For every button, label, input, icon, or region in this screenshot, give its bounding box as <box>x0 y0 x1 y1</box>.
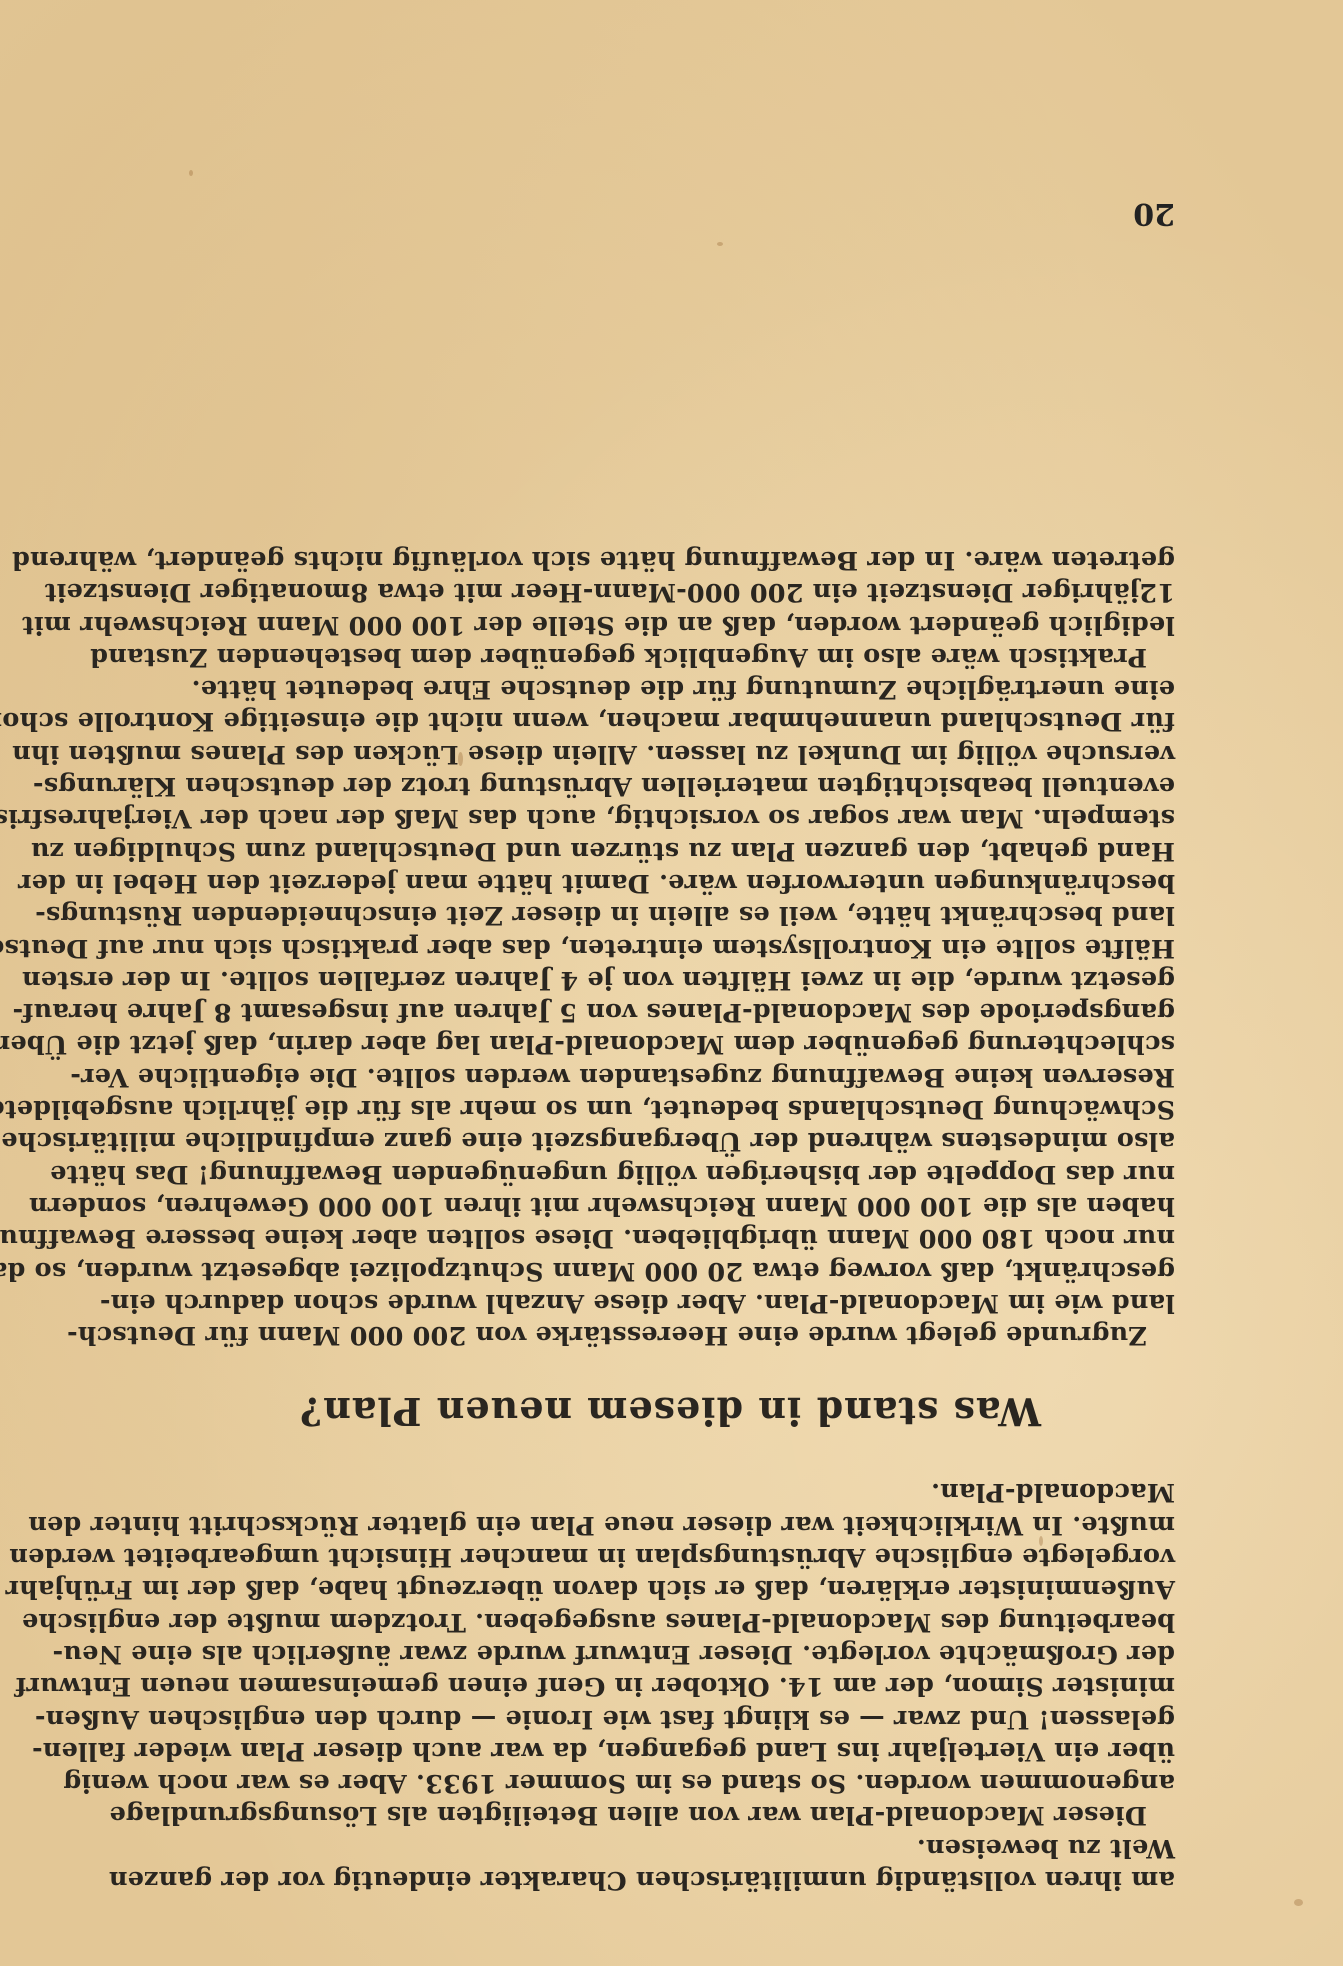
text-line: Hälfte sollte ein Kontrollsystem eintret… <box>165 931 1175 963</box>
text-line: beschränkungen unterworfen wäre. Damit h… <box>165 867 1175 899</box>
text-line: für Deutschland unannehmbar machen, wenn… <box>165 705 1175 737</box>
text-line: also mindestens während der Übergangszei… <box>165 1125 1175 1157</box>
scanned-page: am ihren vollständig unmilitärischen Cha… <box>0 0 1343 1966</box>
text-line: Welt zu beweisen. <box>165 1831 1175 1863</box>
text-line: Praktisch wäre also im Augenblick gegenü… <box>165 641 1175 673</box>
text-line: stempeln. Man war sogar so vorsichtig, a… <box>165 802 1175 834</box>
section-two: Zugrunde gelegt wurde eine Heeresstärke … <box>165 544 1175 1351</box>
section-heading: Was stand in diesem neuen Plan? <box>165 1389 1175 1434</box>
paper-fleck <box>189 170 193 176</box>
section-one: am ihren vollständig unmilitärischen Cha… <box>165 1476 1175 1896</box>
text-line: haben als die 100 000 Mann Reichswehr mi… <box>165 1190 1175 1222</box>
text-line: gangsperiode des Macdonald-Planes von 5 … <box>165 996 1175 1028</box>
text-line: mußte. In Wirklichkeit war dieser neue P… <box>165 1508 1175 1540</box>
text-line: getreten wäre. In der Bewaffnung hätte s… <box>165 544 1175 576</box>
text-line: Hand gehabt, den ganzen Plan zu stürzen … <box>165 834 1175 866</box>
text-line: angenommen worden. So stand es im Sommer… <box>165 1767 1175 1799</box>
text-line: vorgelegte englische Abrüstungsplan in m… <box>165 1541 1175 1573</box>
text-line: nur das Doppelte der bisherigen völlig u… <box>165 1157 1175 1189</box>
text-line: eventuell beabsichtigten materiellen Abr… <box>165 770 1175 802</box>
paper-fleck <box>1294 1899 1303 1906</box>
text-line: 12jähriger Dienstzeit ein 200 000-Mann-H… <box>165 576 1175 608</box>
text-line: bearbeitung des Macdonald-Planes ausgege… <box>165 1605 1175 1637</box>
text-line: Macdonald-Plan. <box>165 1476 1175 1508</box>
text-line: gelassen! Und zwar — es klingt fast wie … <box>165 1702 1175 1734</box>
text-line: geschränkt, daß vorweg etwa 20 000 Mann … <box>165 1254 1175 1286</box>
text-line: Zugrunde gelegt wurde eine Heeresstärke … <box>165 1319 1175 1351</box>
text-line: land wie im Macdonald-Plan. Aber diese A… <box>165 1287 1175 1319</box>
paper-fleck <box>717 242 723 246</box>
page-body: am ihren vollständig unmilitärischen Cha… <box>165 544 1175 1896</box>
text-line: Außenminister erklären, daß er sich davo… <box>165 1573 1175 1605</box>
text-line: land beschränkt hätte, weil es allein in… <box>165 899 1175 931</box>
text-line: versuche völlig im Dunkel zu lassen. All… <box>165 738 1175 770</box>
text-line: über ein Vierteljahr ins Land gegangen, … <box>165 1735 1175 1767</box>
text-line: eine unerträgliche Zumutung für die deut… <box>165 673 1175 705</box>
text-line: am ihren vollständig unmilitärischen Cha… <box>165 1864 1175 1896</box>
text-line: gesetzt wurde, die in zwei Hälften von j… <box>165 964 1175 996</box>
text-line: schlechterung gegenüber dem Macdonald-Pl… <box>165 1028 1175 1060</box>
text-line: der Großmächte vorlegte. Dieser Entwurf … <box>165 1638 1175 1670</box>
text-line: Dieser Macdonald-Plan war von allen Bete… <box>165 1799 1175 1831</box>
text-line: minister Simon, der am 14. Oktober in Ge… <box>165 1670 1175 1702</box>
text-line: Schwächung Deutschlands bedeutet, um so … <box>165 1093 1175 1125</box>
text-line: nur noch 180 000 Mann übrigblieben. Dies… <box>165 1222 1175 1254</box>
text-line: lediglich geändert worden, daß an die St… <box>165 608 1175 640</box>
text-line: Reserven keine Bewaffnung zugestanden we… <box>165 1060 1175 1092</box>
page-number: 20 <box>1133 196 1175 231</box>
